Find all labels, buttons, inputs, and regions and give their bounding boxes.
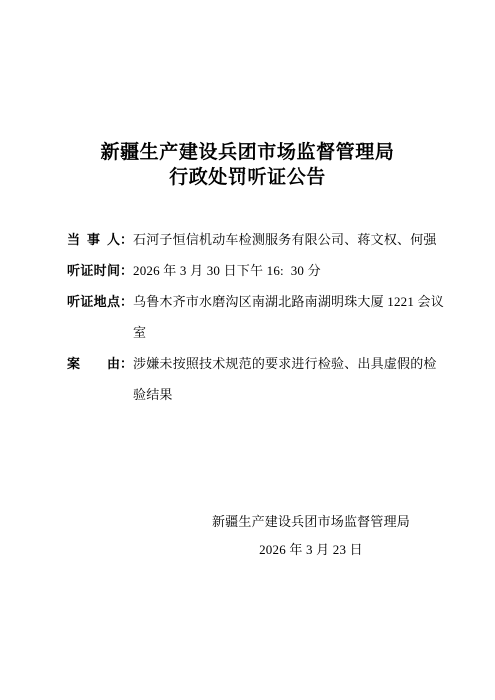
document-body: 当事人： 石河子恒信机动车检测服务有限公司、蒋文权、何强 听证时间： 2026 …	[67, 224, 495, 410]
field-hearing-location: 听证地点： 乌鲁木齐市水磨沟区南湖北路南湖明珠大厦 1221 会议室	[67, 286, 495, 348]
document-title: 新疆生产建设兵团市场监督管理局 行政处罚听证公告	[0, 140, 495, 190]
label-colon: ：	[120, 263, 133, 278]
signature-block: 新疆生产建设兵团市场监督管理局 2026 年 3 月 23 日	[212, 508, 410, 564]
field-case-reason-label: 案由：	[67, 348, 133, 379]
document-title-line1: 新疆生产建设兵团市场监督管理局	[0, 140, 495, 165]
field-hearing-time-label: 听证时间：	[67, 255, 133, 286]
field-hearing-time-value: 2026 年 3 月 30 日下午 16: 30 分	[133, 255, 445, 286]
label-colon: ：	[120, 232, 133, 247]
field-party: 当事人： 石河子恒信机动车检测服务有限公司、蒋文权、何强	[67, 224, 495, 255]
field-case-reason-value: 涉嫌未按照技术规范的要求进行检验、出具虚假的检验结果	[133, 348, 445, 410]
signature-date: 2026 年 3 月 23 日	[259, 536, 363, 564]
field-hearing-location-label: 听证地点：	[67, 286, 133, 317]
document-page: 新疆生产建设兵团市场监督管理局 行政处罚听证公告 当事人： 石河子恒信机动车检测…	[0, 0, 495, 700]
field-party-label: 当事人：	[67, 224, 133, 255]
label-colon: ：	[120, 294, 133, 309]
document-title-line2: 行政处罚听证公告	[0, 165, 495, 190]
signature-organization: 新疆生产建设兵团市场监督管理局	[212, 508, 410, 536]
field-case-reason: 案由： 涉嫌未按照技术规范的要求进行检验、出具虚假的检验结果	[67, 348, 495, 410]
label-colon: ：	[120, 356, 133, 371]
field-hearing-location-value: 乌鲁木齐市水磨沟区南湖北路南湖明珠大厦 1221 会议室	[133, 286, 445, 348]
field-party-value: 石河子恒信机动车检测服务有限公司、蒋文权、何强	[133, 224, 445, 255]
field-hearing-time: 听证时间： 2026 年 3 月 30 日下午 16: 30 分	[67, 255, 495, 286]
